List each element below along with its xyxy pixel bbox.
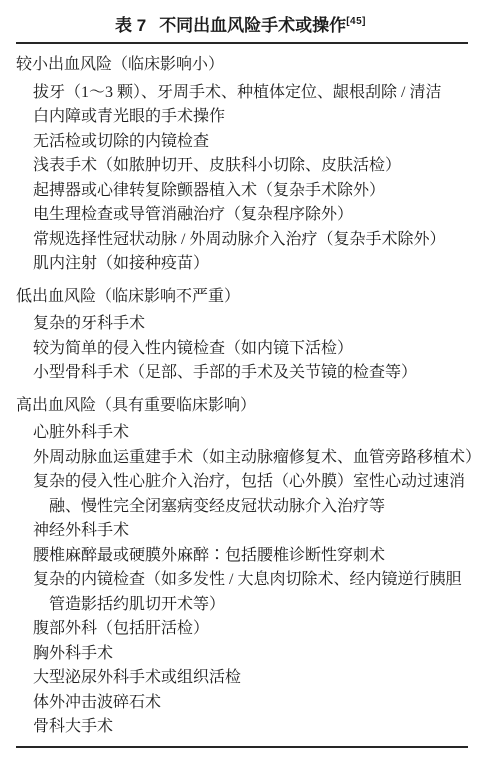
procedure-item: 腰椎麻醉最或硬膜外麻醉∶包括腰椎诊断性穿刺术	[0, 544, 481, 569]
procedure-item: 心脏外科手术	[0, 421, 481, 446]
risk-section-header: 较小出血风险（临床影响小）	[0, 53, 481, 78]
procedure-item: 浅表手术（如脓肿切开、皮肤科小切除、皮肤活检）	[0, 154, 481, 179]
procedure-item: 起搏器或心律转复除颤器植入术（复杂手术除外）	[0, 179, 481, 204]
procedure-item-continuation: 管造影括约肌切开术等）	[0, 593, 481, 618]
procedure-item: 无活检或切除的内镜检查	[0, 130, 481, 155]
procedure-item: 体外冲击波碎石术	[0, 691, 481, 716]
risk-section-header: 低出血风险（临床影响不严重）	[0, 285, 481, 310]
procedure-item: 白内障或青光眼的手术操作	[0, 105, 481, 130]
risk-section-header: 高出血风险（具有重要临床影响）	[0, 394, 481, 419]
procedure-item: 小型骨科手术（足部、手部的手术及关节镜的检查等）	[0, 361, 481, 386]
table-number: 表 7	[115, 16, 146, 35]
procedure-item: 腹部外科（包括肝活检）	[0, 617, 481, 642]
procedure-item: 较为简单的侵入性内镜检查（如内镜下活检）	[0, 337, 481, 362]
procedure-item: 复杂的内镜检查（如多发性 / 大息肉切除术、经内镜逆行胰胆	[0, 568, 481, 593]
procedure-item: 复杂的牙科手术	[0, 312, 481, 337]
procedure-item: 电生理检查或导管消融治疗（复杂程序除外）	[0, 203, 481, 228]
procedure-item: 常规选择性冠状动脉 / 外周动脉介入治疗（复杂手术除外）	[0, 228, 481, 253]
procedure-item: 复杂的侵入性心脏介入治疗，包括（心外膜）室性心动过速消	[0, 470, 481, 495]
procedure-item: 外周动脉血运重建手术（如主动脉瘤修复术、血管旁路移植术）	[0, 446, 481, 471]
procedure-item: 拔牙（1～3 颗）、牙周手术、种植体定位、龈根刮除 / 清洁	[0, 81, 481, 106]
table-title: 不同出血风险手术或操作	[159, 16, 346, 35]
citation-superscript: [45]	[346, 16, 366, 27]
procedure-item: 大型泌尿外科手术或组织活检	[0, 666, 481, 691]
procedure-item: 肌内注射（如接种疫苗）	[0, 252, 481, 277]
procedure-item: 骨科大手术	[0, 715, 481, 740]
table-bottom-rule	[16, 746, 468, 748]
table-body: 较小出血风险（临床影响小）拔牙（1～3 颗）、牙周手术、种植体定位、龈根刮除 /…	[0, 44, 481, 740]
paper-table-page: 表 7不同出血风险手术或操作[45] 较小出血风险（临床影响小）拔牙（1～3 颗…	[0, 0, 481, 757]
procedure-item-continuation: 融、慢性完全闭塞病变经皮冠状动脉介入治疗等	[0, 495, 481, 520]
table-caption: 表 7不同出血风险手术或操作[45]	[0, 0, 481, 37]
procedure-item: 胸外科手术	[0, 642, 481, 667]
procedure-item: 神经外科手术	[0, 519, 481, 544]
